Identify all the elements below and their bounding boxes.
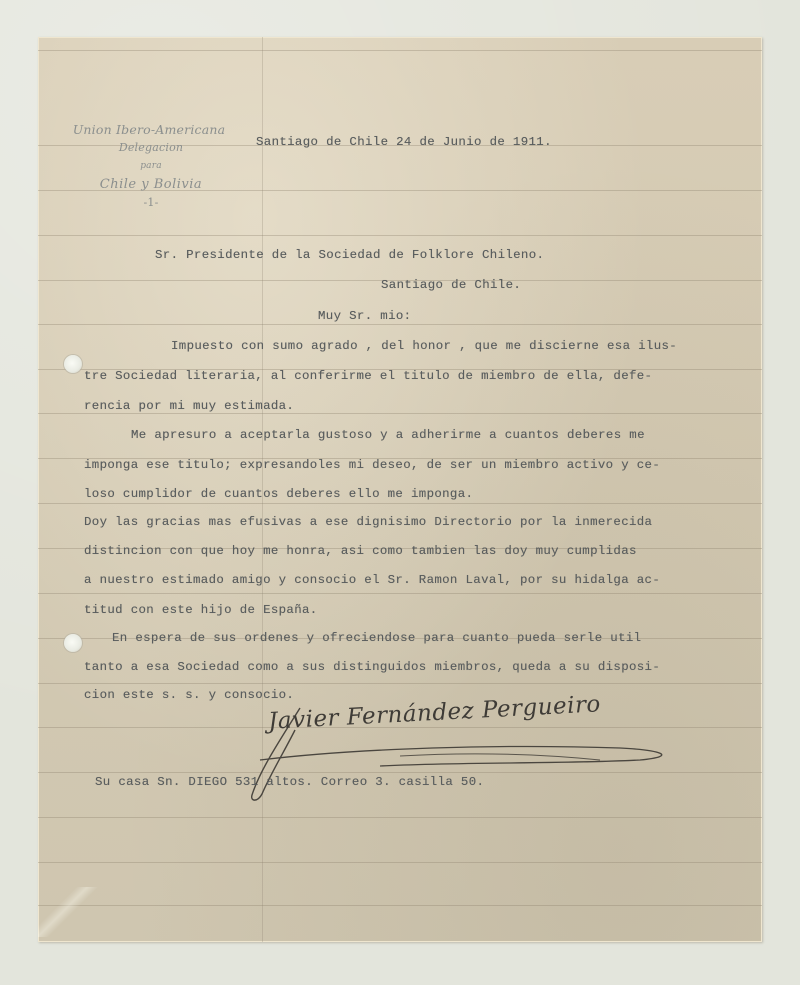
body-line: imponga ese titulo; expresandoles mi des… xyxy=(84,458,660,472)
body-line: En espera de sus ordenes y ofreciendose … xyxy=(112,631,641,645)
letterhead-organization: Union Ibero-Americana xyxy=(56,122,242,137)
ruled-line xyxy=(38,324,762,325)
letterhead-countries: Chile y Bolivia xyxy=(60,177,242,192)
date-line: Santiago de Chile 24 de Junio de 1911. xyxy=(256,135,552,149)
ruled-line xyxy=(38,862,762,863)
body-line: tanto a esa Sociedad como a sus distingu… xyxy=(84,660,660,674)
body-line: a nuestro estimado amigo y consocio el S… xyxy=(84,573,660,587)
ruled-line xyxy=(38,683,762,684)
body-line: Me apresuro a aceptarla gustoso y a adhe… xyxy=(131,428,645,442)
ruled-line xyxy=(38,905,762,906)
body-line: Impuesto con sumo agrado , del honor , q… xyxy=(171,339,677,353)
salutation: Muy Sr. mio: xyxy=(318,309,411,323)
body-line: rencia por mi muy estimada. xyxy=(84,399,294,413)
ruled-line xyxy=(38,593,762,594)
ruled-line xyxy=(38,817,762,818)
letterhead-delegation: Delegacion xyxy=(60,141,242,154)
body-line: Doy las gracias mas efusivas a ese digni… xyxy=(84,515,652,529)
ruled-line xyxy=(38,503,762,504)
body-line: tre Sociedad literaria, al conferirme el… xyxy=(84,369,652,383)
addressee-title: Sr. Presidente de la Sociedad de Folklor… xyxy=(155,248,544,262)
body-line: titud con este hijo de España. xyxy=(84,603,318,617)
page-number: -1- xyxy=(60,196,242,209)
body-line: loso cumplidor de cuantos deberes ello m… xyxy=(84,487,473,501)
footer-address: Su casa Sn. DIEGO 531 altos. Correo 3. c… xyxy=(95,775,484,789)
paper-fold xyxy=(38,887,98,937)
addressee-city: Santiago de Chile. xyxy=(381,278,521,292)
ruled-line xyxy=(38,235,762,236)
letterhead-stamp: Union Ibero-Americana Delegacion para Ch… xyxy=(60,122,242,209)
letterhead-para: para xyxy=(60,161,242,171)
punch-hole xyxy=(64,634,82,652)
ruled-line xyxy=(38,50,762,51)
body-line: distincion con que hoy me honra, asi com… xyxy=(84,544,637,558)
punch-hole xyxy=(64,355,82,373)
ruled-line xyxy=(38,413,762,414)
